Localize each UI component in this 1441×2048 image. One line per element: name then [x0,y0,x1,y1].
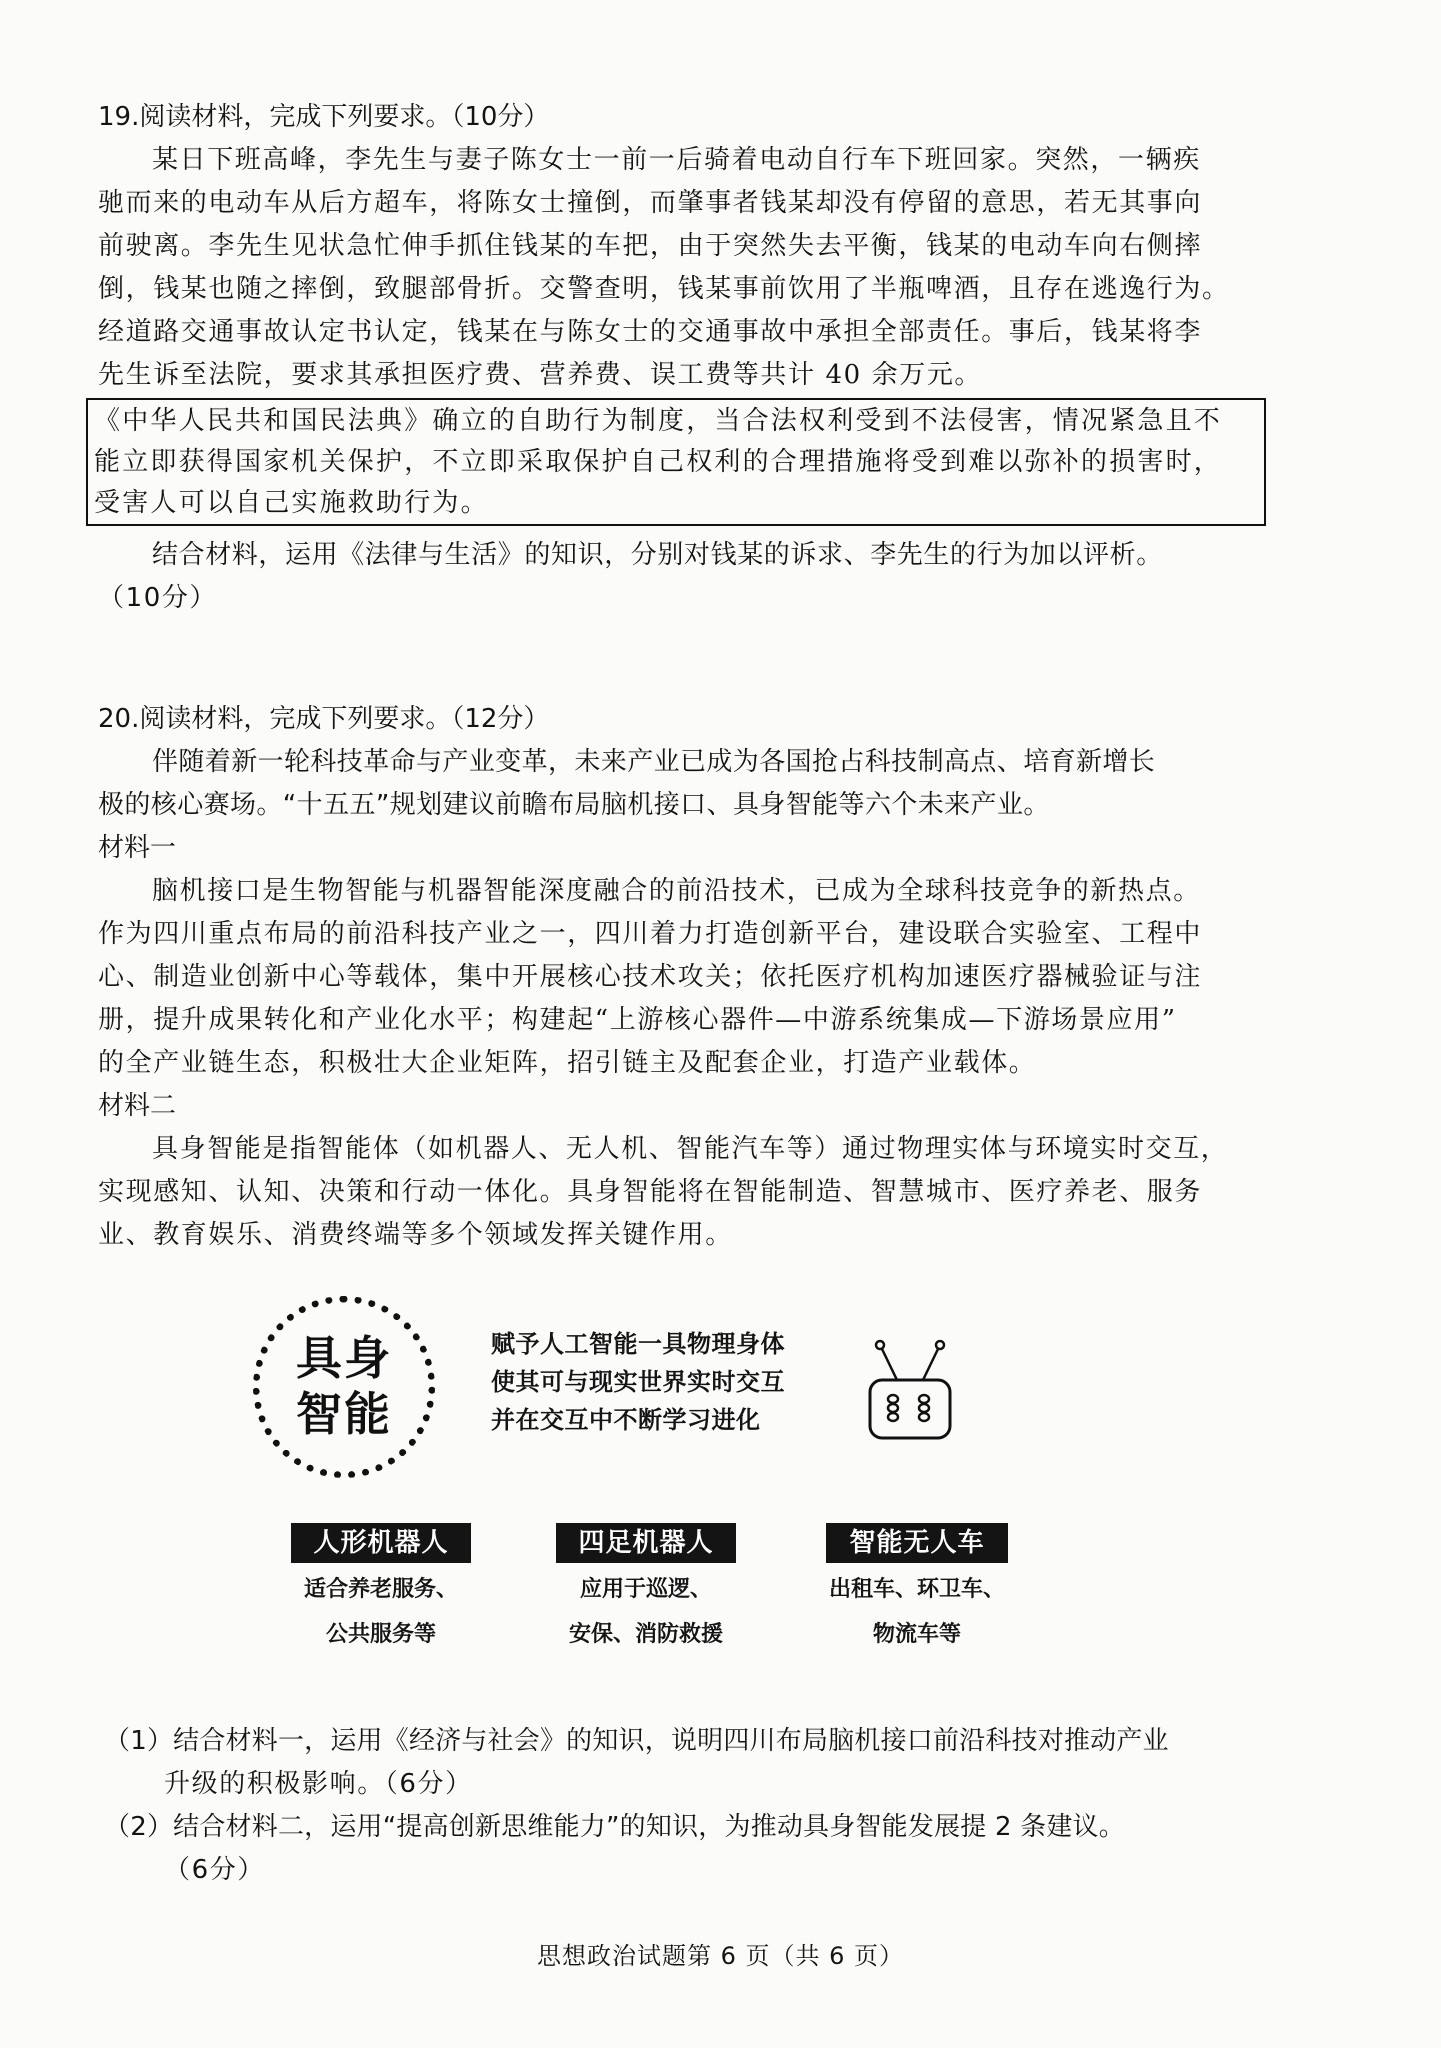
category-tag-quadruped-robot: 四足机器人 [556,1523,736,1563]
question-19-heading: 19.阅读材料，完成下列要求。（10分） [98,96,549,139]
material-2-title: 材料二 [98,1085,176,1128]
category-desc: 安保、消防救援 [546,1615,746,1655]
category-tag-humanoid-robot: 人形机器人 [291,1523,471,1563]
category-desc: 出租车、环卫车、 [812,1570,1022,1610]
q19-question-score: （10分） [98,577,217,620]
circle-title-line: 具身 [253,1330,435,1386]
infographic-desc-line: 赋予人工智能一具物理身体 [491,1325,785,1363]
material-2-line: 业、教育娱乐、消费终端等多个领域发挥关键作用。 [98,1214,733,1257]
material-2-line: 具身智能是指智能体（如机器人、无人机、智能汽车等）通过物理实体与环境实时交互， [152,1128,1228,1171]
material-2-line: 实现感知、认知、决策和行动一体化。具身智能将在智能制造、智慧城市、医疗养老、服务 [98,1171,1202,1214]
q19-paragraph-line: 先生诉至法院，要求其承担医疗费、营养费、误工费等共计 40 余万元。 [98,354,982,397]
q19-paragraph-line: 倒，钱某也随之摔倒，致腿部骨折。交警查明，钱某事前饮用了半瓶啤酒，且存在逃逸行为… [98,268,1230,311]
infographic-desc-line: 使其可与现实世界实时交互 [491,1363,785,1401]
material-1-line: 心、制造业创新中心等载体，集中开展核心技术攻关；依托医疗机构加速医疗器械验证与注 [98,956,1202,999]
category-desc: 适合养老服务、 [281,1570,481,1610]
q19-paragraph-line: 驰而来的电动车从后方超车，将陈女士撞倒，而肇事者钱某却没有停留的意思，若无其事向 [98,182,1202,225]
robot-head-icon [860,1330,960,1450]
quote-box-line: 《中华人民共和国民法典》确立的自助行为制度，当合法权利受到不法侵害，情况紧急且不 [94,400,1222,443]
page-footer: 思想政治试题第 6 页（共 6 页） [0,1936,1441,1971]
q20-intro-line: 极的核心赛场。“十五五”规划建议前瞻布局脑机接口、具身智能等六个未来产业。 [98,784,1050,827]
category-desc: 物流车等 [812,1615,1022,1655]
quote-box-line: 受害人可以自己实施救助行为。 [94,482,489,525]
q19-question-line: 结合材料，运用《法律与生活》的知识，分别对钱某的诉求、李先生的行为加以评析。 [152,534,1163,577]
category-desc: 应用于巡逻、 [546,1570,746,1610]
category-tag-autonomous-vehicle: 智能无人车 [826,1523,1008,1563]
q19-paragraph-line: 前驶离。李先生见状急忙伸手抓住钱某的车把，由于突然失去平衡，钱某的电动车向右侧摔 [98,225,1202,268]
quote-box-line: 能立即获得国家机关保护，不立即采取保护自己权利的合理措施将受到难以弥补的损害时， [94,441,1222,484]
circle-title: 具身 智能 [253,1330,435,1442]
q20-intro-line: 伴随着新一轮科技革命与产业变革，未来产业已成为各国抢占科技制高点、培育新增长 [152,741,1155,784]
infographic-desc-line: 并在交互中不断学习进化 [491,1401,761,1439]
circle-title-line: 智能 [253,1386,435,1442]
material-1-title: 材料一 [98,827,176,870]
sub-question-2-cont: （6分） [164,1849,265,1892]
question-20-heading: 20.阅读材料，完成下列要求。（12分） [98,698,549,741]
material-1-line: 的全产业链生态，积极壮大企业矩阵，招引链主及配套企业，打造产业载体。 [98,1042,1036,1085]
sub-question-1-cont: 升级的积极影响。（6分） [164,1763,473,1806]
material-1-line: 脑机接口是生物智能与机器智能深度融合的前沿技术，已成为全球科技竞争的新热点。 [152,870,1201,913]
sub-question-1: （1）结合材料一，运用《经济与社会》的知识，说明四川布局脑机接口前沿科技对推动产… [104,1720,1169,1763]
category-desc: 公共服务等 [281,1615,481,1655]
q19-paragraph-line: 某日下班高峰，李先生与妻子陈女士一前一后骑着电动自行车下班回家。突然，一辆疾 [152,139,1201,182]
sub-question-2: （2）结合材料二，运用“提高创新思维能力”的知识，为推动具身智能发展提 2 条建… [104,1806,1125,1849]
civil-code-quote-box: 《中华人民共和国民法典》确立的自助行为制度，当合法权利受到不法侵害，情况紧急且不… [86,398,1266,526]
material-1-line: 册，提升成果转化和产业化水平；构建起“上游核心器件—中游系统集成—下游场景应用” [98,999,1177,1042]
material-1-line: 作为四川重点布局的前沿科技产业之一，四川着力打造创新平台，建设联合实验室、工程中 [98,913,1202,956]
q19-paragraph-line: 经道路交通事故认定书认定，钱某在与陈女士的交通事故中承担全部责任。事后，钱某将李 [98,311,1202,354]
